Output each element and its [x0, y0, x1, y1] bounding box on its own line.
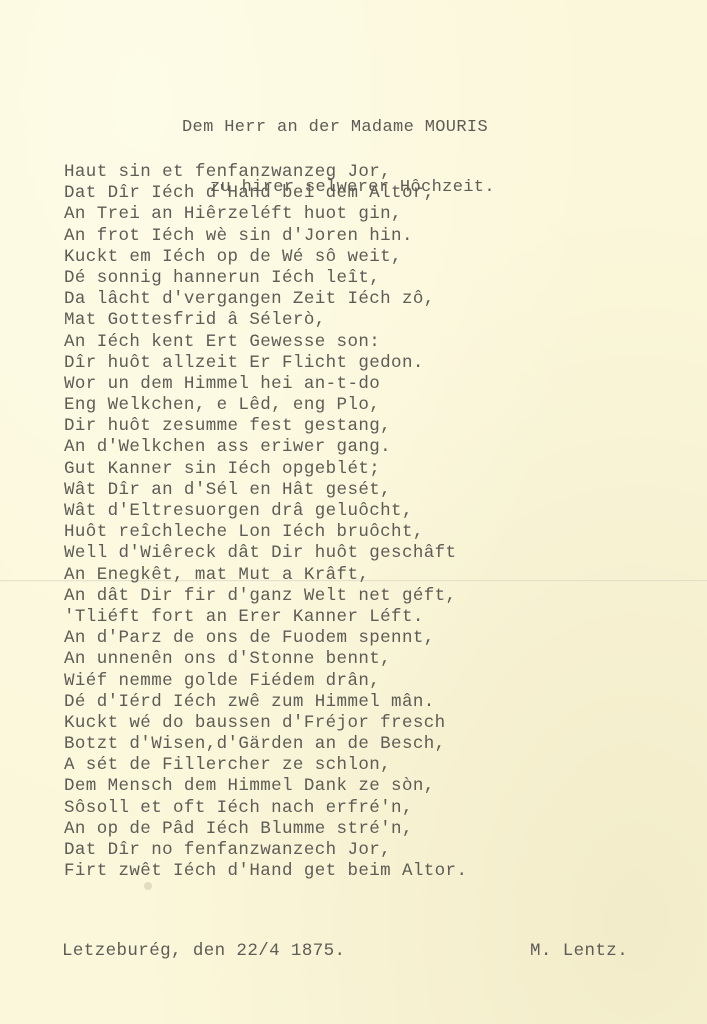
poem-line: Well d'Wiêreck dât Dir huôt geschâft	[64, 543, 467, 564]
poem-line: Dîr huôt allzeit Er Flicht gedon.	[64, 353, 467, 374]
ink-smudge	[144, 882, 152, 890]
poem-line: Firt zwêt Iéch d'Hand get beim Altor.	[64, 861, 467, 882]
poem-line: Botzt d'Wisen,d'Gärden an de Besch,	[64, 734, 467, 755]
poem-line: Da lâcht d'vergangen Zeit Iéch zô,	[64, 289, 467, 310]
poem-line: An Trei an Hiêrzeléft huot gin,	[64, 204, 467, 225]
poem-line: Wiéf nemme golde Fiédem drân,	[64, 671, 467, 692]
poem-line: Dat Dîr Iéch d'Hand bei dem Altor,	[64, 183, 467, 204]
poem-line: An dât Dir fir d'ganz Welt net géft,	[64, 586, 467, 607]
poem-line: Huôt reîchleche Lon Iéch bruôcht,	[64, 522, 467, 543]
poem-line: An frot Iéch wè sin d'Joren hin.	[64, 226, 467, 247]
poem-line: Kuckt em Iéch op de Wé sô weit,	[64, 247, 467, 268]
poem-line: An Iéch kent Ert Gewesse son:	[64, 332, 467, 353]
poem-line: Mat Gottesfrid â Sélerò,	[64, 310, 467, 331]
poem-line: An d'Welkchen ass eriwer gang.	[64, 437, 467, 458]
poem-line: An Enegkêt, mat Mut a Krâft,	[64, 565, 467, 586]
poem-line: 'Tliéft fort an Erer Kanner Léft.	[64, 607, 467, 628]
poem-line: Wor un dem Himmel hei an-t-do	[64, 374, 467, 395]
poem-line: Haut sin et fenfanzwanzeg Jor,	[64, 162, 467, 183]
poem-line: Sôsoll et oft Iéch nach erfré'n,	[64, 798, 467, 819]
poem-line: Wât d'Eltresuorgen drâ geluôcht,	[64, 501, 467, 522]
poem-line: An unnenên ons d'Stonne bennt,	[64, 649, 467, 670]
poem-line: Kuckt wé do baussen d'Fréjor fresch	[64, 713, 467, 734]
author-signature: M. Lentz.	[530, 941, 628, 961]
poem-line: Dat Dîr no fenfanzwanzech Jor,	[64, 840, 467, 861]
dedication-line-1: Dem Herr an der Madame MOURIS	[182, 118, 495, 138]
poem-line: Wât Dîr an d'Sél en Hât gesét,	[64, 480, 467, 501]
poem-line: Dem Mensch dem Himmel Dank ze sòn,	[64, 776, 467, 797]
poem-line: An op de Pâd Iéch Blumme stré'n,	[64, 819, 467, 840]
poem-body: Haut sin et fenfanzwanzeg Jor,Dat Dîr Ié…	[64, 162, 467, 882]
poem-line: Dé sonnig hannerun Iéch leît,	[64, 268, 467, 289]
poem-line: Gut Kanner sin Iéch opgeblét;	[64, 459, 467, 480]
poem-line: An d'Parz de ons de Fuodem spennt,	[64, 628, 467, 649]
poem-line: Eng Welkchen, e Lêd, eng Plo,	[64, 395, 467, 416]
poem-line: Dé d'Iérd Iéch zwê zum Himmel mân.	[64, 692, 467, 713]
place-and-date: Letzeburég, den 22/4 1875.	[62, 941, 345, 961]
poem-line: Dir huôt zesumme fest gestang,	[64, 416, 467, 437]
poem-line: A sét de Fillercher ze schlon,	[64, 755, 467, 776]
